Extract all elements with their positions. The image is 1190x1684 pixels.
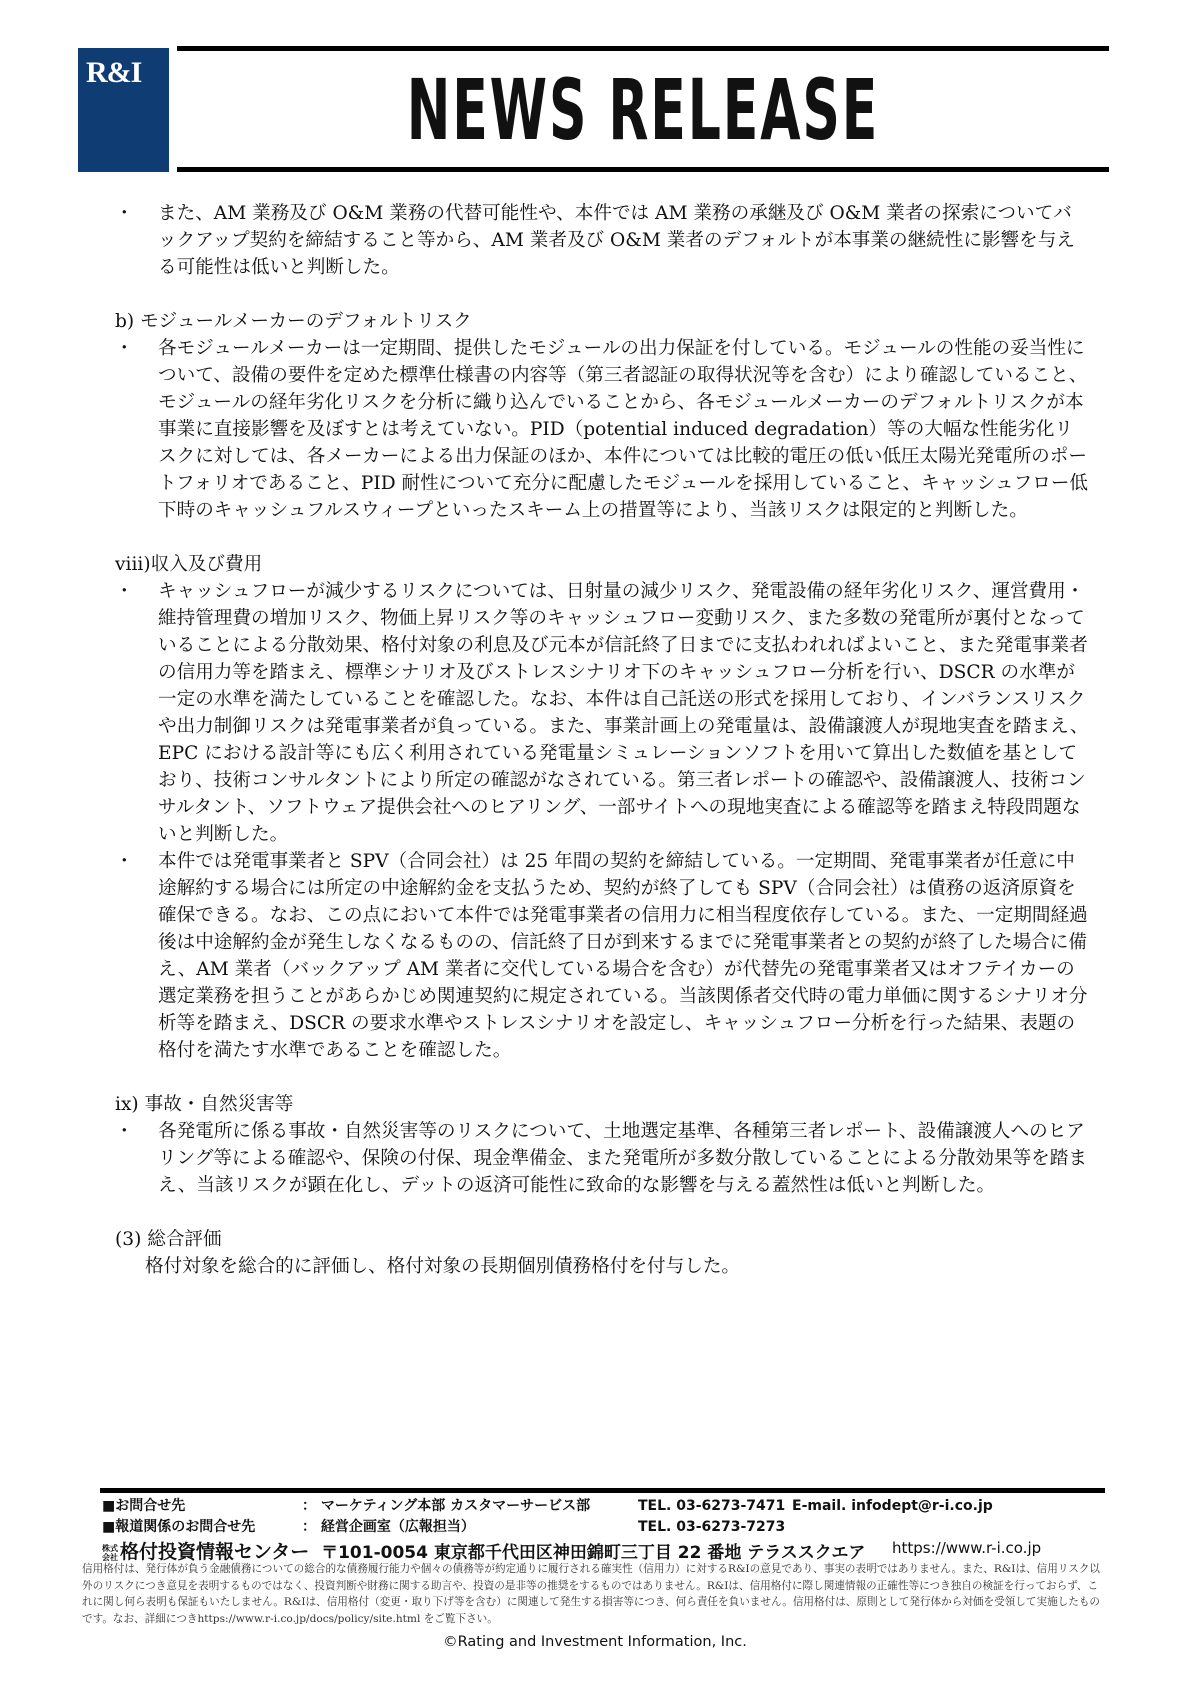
paragraph: 本件では発電事業者と SPV（合同会社）は 25 年間の契約を締結している。一定… <box>158 851 1088 1061</box>
contact-tel: TEL. 03-6273-7471 <box>638 1496 785 1516</box>
paragraph: キャッシュフローが減少するリスクについては、日射量の減少リスク、発電設備の経年劣… <box>158 581 1088 845</box>
company-prefix: 株式会社 <box>102 1544 120 1562</box>
company-url-link[interactable]: https://www.r-i.co.jp <box>892 1539 1041 1557</box>
prefix-top: 株式 <box>102 1544 118 1553</box>
company-name: 格付投資情報センター <box>120 1541 309 1563</box>
bullet-marker: ・ <box>115 335 135 362</box>
section-heading-3: (3) 総合評価 <box>115 1226 1090 1253</box>
bullet-marker: ・ <box>115 848 135 875</box>
copyright: ©Rating and Investment Information, Inc. <box>0 1634 1190 1650</box>
disclaimer-text: 信用格付は、発行体が負う金融債務についての総合的な債務履行能力や個々の債務等が約… <box>82 1561 1107 1627</box>
footer-rule <box>100 1488 1105 1493</box>
dept-name: 経営企画室（広報担当） <box>321 1519 475 1535</box>
paragraph: 各発電所に係る事故・自然災害等のリスクについて、土地選定基準、各種第三者レポート… <box>158 1121 1087 1196</box>
section-heading-viii: viii)収入及び費用 <box>115 551 1090 578</box>
list-item: ・ 本件では発電事業者と SPV（合同会社）は 25 年間の契約を締結している。… <box>115 848 1090 1064</box>
section-heading-ix: ix) 事故・自然災害等 <box>115 1091 1090 1118</box>
list-item: ・ また、AM 業務及び O&M 業務の代替可能性や、本件では AM 業務の承継… <box>115 200 1090 281</box>
list-item: ・ 各モジュールメーカーは一定期間、提供したモジュールの出力保証を付している。モ… <box>115 335 1090 524</box>
contact-email[interactable]: E-mail. infodept@r-i.co.jp <box>792 1496 993 1516</box>
page-title: NEWS RELEASE <box>354 62 932 158</box>
header-rule-bottom <box>177 167 1109 172</box>
contact-dept: ： 経営企画室（広報担当） <box>302 1517 475 1537</box>
ri-logo: R&I <box>78 48 169 172</box>
contact-label: ■お問合せ先 <box>102 1496 185 1516</box>
logo-text: R&I <box>86 56 141 90</box>
bullet-marker: ・ <box>115 200 135 227</box>
list-item: ・ キャッシュフローが減少するリスクについては、日射量の減少リスク、発電設備の経… <box>115 578 1090 848</box>
paragraph: また、AM 業務及び O&M 業務の代替可能性や、本件では AM 業務の承継及び… <box>158 203 1075 278</box>
bullet-marker: ・ <box>115 578 135 605</box>
section-heading-b: b) モジュールメーカーのデフォルトリスク <box>115 308 1090 335</box>
bullet-marker: ・ <box>115 1118 135 1145</box>
contact-label: ■報道関係のお問合せ先 <box>102 1517 255 1537</box>
separator: ： <box>302 1519 316 1535</box>
paragraph: 格付対象を総合的に評価し、格付対象の長期個別債務格付を付与した。 <box>115 1253 1090 1280</box>
separator: ： <box>302 1498 316 1514</box>
header-rule-top <box>177 46 1109 51</box>
contact-dept: ： マーケティング本部 カスタマーサービス部 <box>302 1496 590 1516</box>
dept-name: マーケティング本部 カスタマーサービス部 <box>321 1498 590 1514</box>
document-body: ・ また、AM 業務及び O&M 業務の代替可能性や、本件では AM 業務の承継… <box>115 200 1090 1280</box>
contact-tel: TEL. 03-6273-7273 <box>638 1517 785 1537</box>
company-address: 〒101-0054 東京都千代田区神田錦町三丁目 22 番地 テラススクエア <box>321 1543 865 1563</box>
paragraph: 各モジュールメーカーは一定期間、提供したモジュールの出力保証を付している。モジュ… <box>158 338 1088 521</box>
list-item: ・ 各発電所に係る事故・自然災害等のリスクについて、土地選定基準、各種第三者レポ… <box>115 1118 1090 1199</box>
company-line: 株式会社格付投資情報センター 〒101-0054 東京都千代田区神田錦町三丁目 … <box>102 1537 865 1564</box>
